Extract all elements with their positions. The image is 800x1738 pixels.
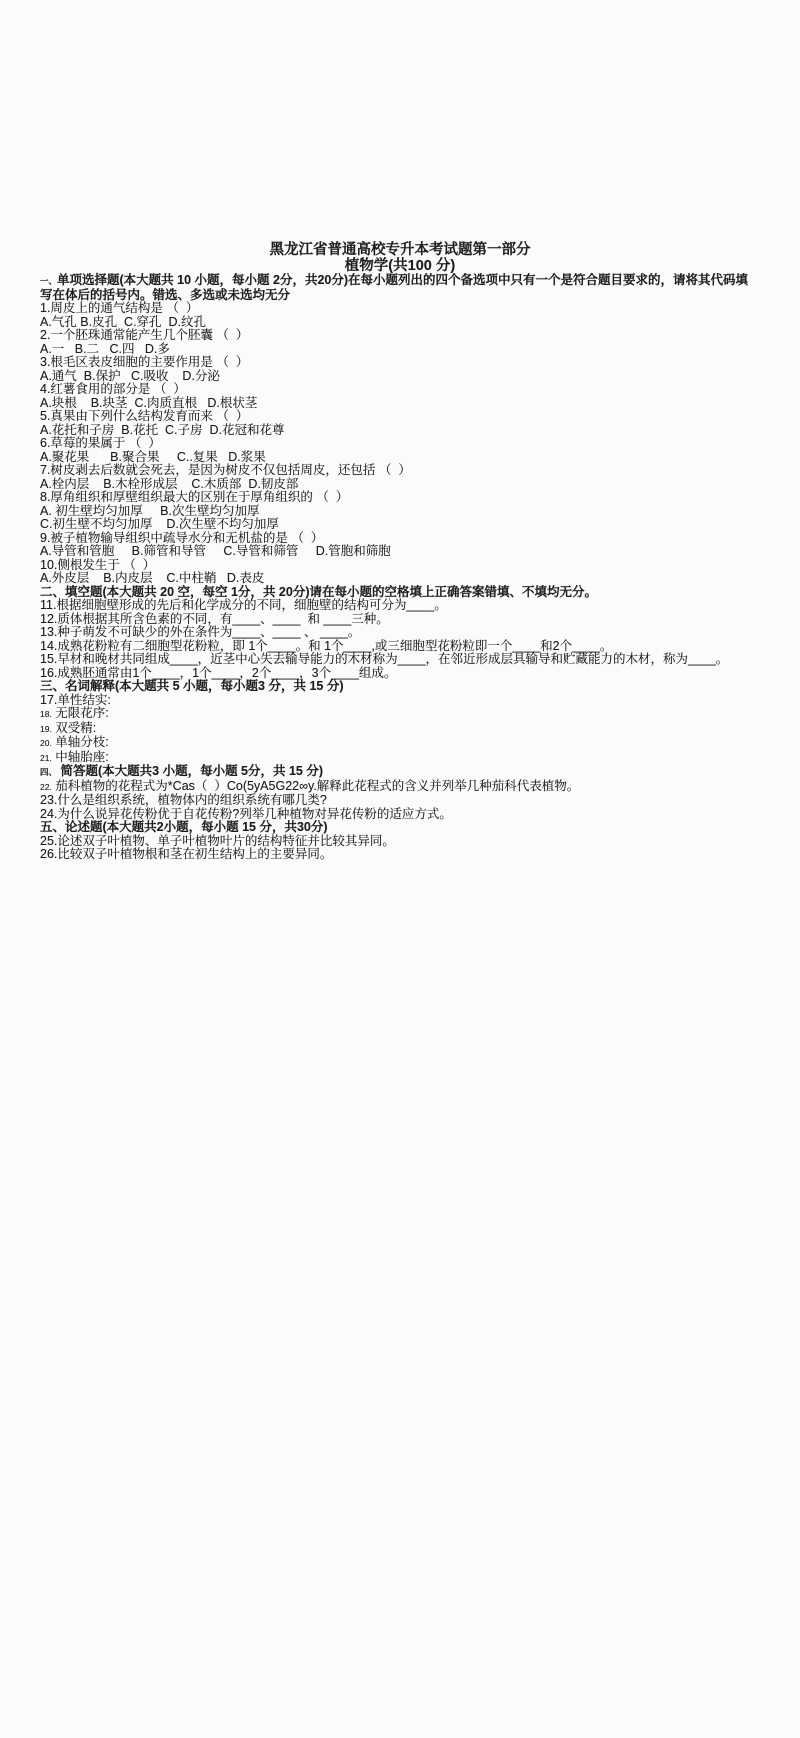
term-line: 21. 中轴胎座: <box>40 751 760 766</box>
item-number: 22. <box>40 782 52 792</box>
item-number: 21. <box>40 753 52 763</box>
line-text: 4.红薯食用的部分是 （ ） <box>40 382 186 396</box>
question-line: 5.真果由下列什么结构发育而来 （ ） <box>40 410 760 424</box>
item-number: 20. <box>40 738 52 748</box>
line-text: A.导管和管胞 B.筛管和导管 C.导管和筛管 D.管胞和筛胞 <box>40 544 391 558</box>
fill-blank-line: 11.根据细胞壁形成的先后和化学成分的不同，细胞壁的结构可分为____。 <box>40 599 760 613</box>
options-line: A.气孔 B.皮孔 C.穿孔 D.纹孔 <box>40 316 760 330</box>
section-header: 三、名词解释(本大题共 5 小题，每小题3 分，共 15 分) <box>40 680 760 694</box>
fill-blank-line: 13.种子萌发不可缺少的外在条件为____、____ 、 ____。 <box>40 626 760 640</box>
essay-question-line: 25.论述双子叶植物、单子叶植物叶片的结构特征并比较其异同。 <box>40 835 760 849</box>
line-text: 12.质体根据其所含色素的不同，有____、____ 和 ____三种。 <box>40 612 389 626</box>
line-text: 23.什么是组织系统，植物体内的组织系统有哪几类? <box>40 793 327 807</box>
line-text: A.花托和子房 B.花托 C.子房 D.花冠和花尊 <box>40 423 284 437</box>
fill-blank-line: 15.早材和晚材共同组成____，近茎中心失去输导能力的木材称为____，在邻近… <box>40 653 760 667</box>
question-line: 2.一个胚珠通常能产生几个胚囊 （ ） <box>40 329 760 343</box>
section-header: 四、 简答题(本大题共3 小题，每小题 5分，共 15 分) <box>40 765 760 780</box>
line-text: 2.一个胚珠通常能产生几个胚囊 （ ） <box>40 328 248 342</box>
question-line: 9.被子植物输导组织中疏导水分和无机盐的是 （ ） <box>40 532 760 546</box>
line-text: 16.成熟胚通常由1个____，1个____，2个____，3个____组成。 <box>40 666 396 680</box>
term-line: 20. 单轴分枝: <box>40 736 760 751</box>
line-text: 25.论述双子叶植物、单子叶植物叶片的结构特征并比较其异同。 <box>40 834 395 848</box>
question-line: 3.根毛区表皮细胞的主要作用是 （ ） <box>40 356 760 370</box>
line-text: 13.种子萌发不可缺少的外在条件为____、____ 、 ____。 <box>40 625 360 639</box>
line-text: 8.厚角组织和厚壁组织最大的区别在于厚角组织的 （ ） <box>40 490 348 504</box>
line-text: 10.侧根发生于 （ ） <box>40 558 155 572</box>
line-text: A.一 B.二 C.四 D.多 <box>40 342 170 356</box>
section-header: 一、单项选择题(本大题共 10 小题，每小题 2分，共20分)在每小题列出的四个… <box>40 274 760 302</box>
line-text: 11.根据细胞壁形成的先后和化学成分的不同，细胞壁的结构可分为____。 <box>40 598 447 612</box>
line-text: 5.真果由下列什么结构发育而来 （ ） <box>40 409 248 423</box>
fill-blank-line: 16.成熟胚通常由1个____，1个____，2个____，3个____组成。 <box>40 667 760 681</box>
line-text: 26.比较双子叶植物根和茎在初生结构上的主要异同。 <box>40 847 332 861</box>
question-line: 23.什么是组织系统，植物体内的组织系统有哪几类? <box>40 794 760 808</box>
fill-blank-line: 14.成熟花粉粒有二细胞型花粉粒，即 1个____。和 1个____,或三细胞型… <box>40 640 760 654</box>
exam-body: 一、单项选择题(本大题共 10 小题，每小题 2分，共20分)在每小题列出的四个… <box>40 274 760 862</box>
item-number: 19. <box>40 724 52 734</box>
line-text: 三、名词解释(本大题共 5 小题，每小题3 分，共 15 分) <box>40 679 344 693</box>
question-line: 22. 茄科植物的花程式为*Cas（ ）Co(5yA5G22∞y.解释此花程式的… <box>40 780 760 795</box>
options-line: A.块根 B.块茎 C.肉质直根 D.根状茎 <box>40 397 760 411</box>
line-text: A.块根 B.块茎 C.肉质直根 D.根状茎 <box>40 396 257 410</box>
options-line: A.导管和管胞 B.筛管和导管 C.导管和筛管 D.管胞和筛胞 <box>40 545 760 559</box>
term-line: 17.单性结实: <box>40 694 760 708</box>
line-text: 茄科植物的花程式为*Cas（ ）Co(5yA5G22∞y.解释此花程式的含义并列… <box>52 779 579 793</box>
question-line: 7.树皮剥去后数就会死去，是因为树皮不仅包括周皮，还包括 （ ） <box>40 464 760 478</box>
line-text: 1.周皮上的通气结构是 （ ） <box>40 301 198 315</box>
line-text: 单轴分枝: <box>52 735 109 749</box>
item-number: 18. <box>40 709 52 719</box>
line-text: 中轴胎座: <box>52 750 109 764</box>
line-text: C.初生壁不均匀加厚 D.次生壁不均匀加厚 <box>40 517 279 531</box>
section-header: 五、论述题(本大题共2小题，每小题 15 分，共30分) <box>40 821 760 835</box>
question-line: 8.厚角组织和厚壁组织最大的区别在于厚角组织的 （ ） <box>40 491 760 505</box>
line-text: 五、论述题(本大题共2小题，每小题 15 分，共30分) <box>40 820 328 834</box>
options-line: A. 初生壁均匀加厚 B.次生壁均匀加厚 <box>40 505 760 519</box>
line-text: 3.根毛区表皮细胞的主要作用是 （ ） <box>40 355 248 369</box>
line-text: 6.草莓的果属于 （ ） <box>40 436 161 450</box>
options-line: A.通气 B.保护 C.吸收 D.分泌 <box>40 370 760 384</box>
question-line: 10.侧根发生于 （ ） <box>40 559 760 573</box>
fill-blank-line: 12.质体根据其所含色素的不同，有____、____ 和 ____三种。 <box>40 613 760 627</box>
options-line: A.花托和子房 B.花托 C.子房 D.花冠和花尊 <box>40 424 760 438</box>
line-text: 17.单性结实: <box>40 693 111 707</box>
term-line: 19. 双受精: <box>40 722 760 737</box>
line-text: 14.成熟花粉粒有二细胞型花粉粒，即 1个____。和 1个____,或三细胞型… <box>40 639 612 653</box>
options-line: C.初生壁不均匀加厚 D.次生壁不均匀加厚 <box>40 518 760 532</box>
line-text: A. 初生壁均匀加厚 B.次生壁均匀加厚 <box>40 504 259 518</box>
question-line: 4.红薯食用的部分是 （ ） <box>40 383 760 397</box>
term-line: 18. 无限花序: <box>40 707 760 722</box>
line-text: A.通气 B.保护 C.吸收 D.分泌 <box>40 369 220 383</box>
line-text: A.聚花果 B.聚合果 C..复果 D.浆果 <box>40 450 266 464</box>
essay-question-line: 26.比较双子叶植物根和茎在初生结构上的主要异同。 <box>40 848 760 862</box>
options-line: A.聚花果 B.聚合果 C..复果 D.浆果 <box>40 451 760 465</box>
line-text: A.栓内层 B.木栓形成层 C.木质部 D.韧皮部 <box>40 477 298 491</box>
line-text: 无限花序: <box>52 706 109 720</box>
line-text: 简答题(本大题共3 小题，每小题 5分，共 15 分) <box>57 764 323 778</box>
line-text: 7.树皮剥去后数就会死去，是因为树皮不仅包括周皮，还包括 （ ） <box>40 463 411 477</box>
line-text: 24.为什么说异花传粉优于自花传粉?列举几种植物对异花传粉的适应方式。 <box>40 807 452 821</box>
section-header: 二、填空题(本大题共 20 空，每空 1分，共 20分)请在每小题的空格填上正确… <box>40 586 760 600</box>
question-line: 24.为什么说异花传粉优于自花传粉?列举几种植物对异花传粉的适应方式。 <box>40 808 760 822</box>
exam-subtitle: 植物学(共100 分) <box>40 258 760 274</box>
line-text: 二、填空题(本大题共 20 空，每空 1分，共 20分)请在每小题的空格填上正确… <box>40 585 597 599</box>
line-text: A.气孔 B.皮孔 C.穿孔 D.纹孔 <box>40 315 206 329</box>
line-text: 单项选择题(本大题共 10 小题，每小题 2分，共20分)在每小题列出的四个备选… <box>40 273 748 302</box>
line-text: 9.被子植物输导组织中疏导水分和无机盐的是 （ ） <box>40 531 323 545</box>
options-line: A.栓内层 B.木栓形成层 C.木质部 D.韧皮部 <box>40 478 760 492</box>
exam-paper-page: 黑龙江省普通高校专升本考试题第一部分 植物学(共100 分) 一、单项选择题(本… <box>0 0 800 1738</box>
options-line: A.一 B.二 C.四 D.多 <box>40 343 760 357</box>
line-text: 双受精: <box>52 721 96 735</box>
options-line: A.外皮层 B.内皮层 C.中柱鞘 D.表皮 <box>40 572 760 586</box>
line-text: A.外皮层 B.内皮层 C.中柱鞘 D.表皮 <box>40 571 264 585</box>
item-number: 四、 <box>40 767 57 777</box>
question-line: 1.周皮上的通气结构是 （ ） <box>40 302 760 316</box>
exam-title: 黑龙江省普通高校专升本考试题第一部分 <box>40 242 760 258</box>
question-line: 6.草莓的果属于 （ ） <box>40 437 760 451</box>
line-text: 15.早材和晚材共同组成____，近茎中心失去输导能力的木材称为____，在邻近… <box>40 652 728 666</box>
item-number: 一、 <box>40 276 57 286</box>
